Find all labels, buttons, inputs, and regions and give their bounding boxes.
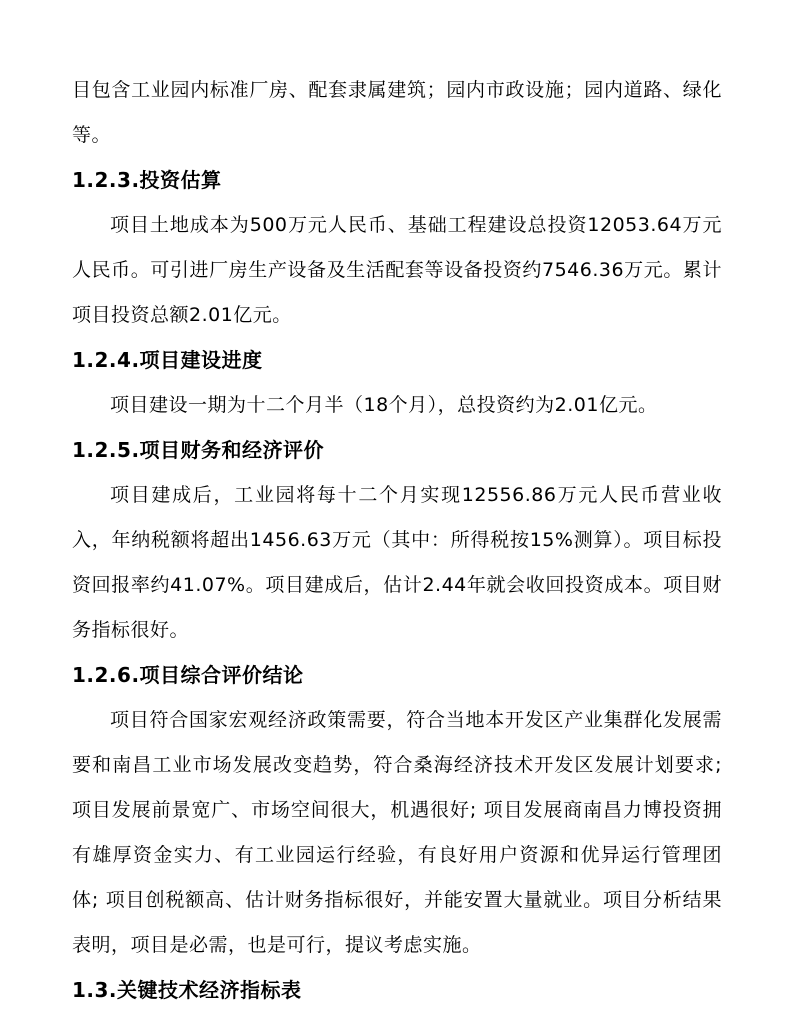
heading-construction-schedule: 1.2.4.项目建设进度	[72, 338, 722, 383]
paragraph-investment-estimate: 项目土地成本为500万元人民币、基础工程建设总投资12053.64万元人民币。可…	[72, 203, 722, 338]
paragraph-project-scope-continuation: 目包含工业园内标准厂房、配套隶属建筑；园内市政设施；园内道路、绿化等。	[72, 68, 722, 158]
document-page: 目包含工业园内标准厂房、配套隶属建筑；园内市政设施；园内道路、绿化等。 1.2.…	[0, 0, 792, 1025]
heading-key-technical-economic-indicators-table: 1.3.关键技术经济指标表	[72, 968, 722, 1013]
paragraph-construction-schedule: 项目建设一期为十二个月半（18个月），总投资约为2.01亿元。	[72, 383, 722, 428]
heading-financial-economic-evaluation: 1.2.5.项目财务和经济评价	[72, 428, 722, 473]
paragraph-financial-economic-evaluation: 项目建成后，工业园将每十二个月实现12556.86万元人民币营业收入，年纳税额将…	[72, 473, 722, 653]
heading-investment-estimate: 1.2.3.投资估算	[72, 158, 722, 203]
paragraph-comprehensive-evaluation-conclusion: 项目符合国家宏观经济政策需要，符合当地本开发区产业集群化发展需要和南昌工业市场发…	[72, 698, 722, 968]
heading-comprehensive-evaluation-conclusion: 1.2.6.项目综合评价结论	[72, 653, 722, 698]
